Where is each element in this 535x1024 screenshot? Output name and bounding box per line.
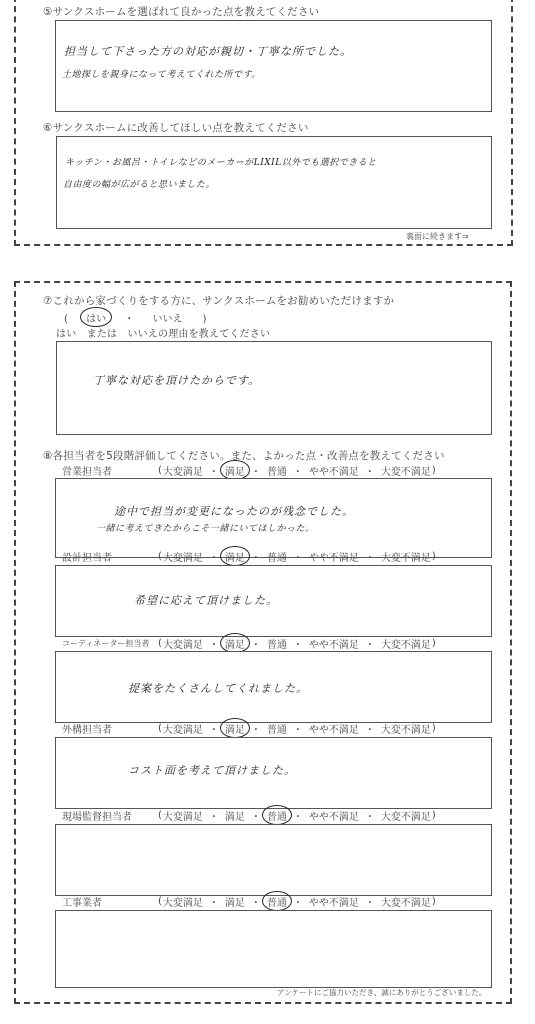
rating-option[interactable]: 普通 — [266, 463, 288, 478]
staff-comment-line: 途中で担当が変更になったのが残念でした。 — [114, 503, 354, 519]
staff-comment-line: 提案をたくさんしてくれました。 — [128, 680, 308, 696]
rating-option[interactable]: 普通 — [266, 549, 288, 564]
staff-rating-row: コーディネーター担当者(大変満足・満足・普通・やや不満足・大変不満足) — [62, 636, 436, 651]
staff-rating-row: 工事業者(大変満足・満足・普通・やや不満足・大変不満足) — [62, 894, 436, 909]
close-paren: ) — [432, 896, 436, 907]
separator: ・ — [293, 549, 303, 564]
separator: ・ — [251, 636, 261, 651]
rating-options: (大変満足・満足・普通・やや不満足・大変不満足) — [158, 549, 436, 564]
rating-option[interactable]: 大変不満足 — [380, 463, 432, 478]
rating-option[interactable]: やや不満足 — [308, 463, 360, 478]
separator: ・ — [365, 894, 375, 909]
q7-answer-box[interactable]: 丁寧な対応を頂けたからです。 — [56, 341, 492, 435]
staff-rating-row: 設計担当者(大変満足・満足・普通・やや不満足・大変不満足) — [62, 549, 436, 564]
separator: ・ — [293, 894, 303, 909]
close-paren: ) — [432, 810, 436, 821]
separator: ・ — [365, 636, 375, 651]
close-paren: ) — [432, 638, 436, 649]
separator: ・ — [365, 549, 375, 564]
staff-comment-box[interactable]: コスト面を考えて頂けました。 — [55, 737, 492, 809]
rating-option[interactable]: やや不満足 — [308, 549, 360, 564]
rating-option[interactable]: 普通 — [266, 636, 288, 651]
rating-option[interactable]: 満足 — [224, 721, 246, 736]
separator: ・ — [293, 636, 303, 651]
q5-answer-line-2: 土地探しを親身になって考えてくれた所です。 — [62, 67, 261, 80]
staff-role-label: 設計担当者 — [62, 549, 158, 564]
q7-label: ⑦これから家づくりをする方に、サンクスホームをお勧めいただけますか — [43, 293, 394, 308]
separator: ・ — [365, 808, 375, 823]
separator: ・ — [209, 721, 219, 736]
rating-option[interactable]: 満足 — [224, 894, 246, 909]
q8-label: ⑧各担当者を5段階評価してください。また、よかった点・改善点を教えてください — [43, 448, 445, 463]
separator: ・ — [209, 808, 219, 823]
rating-option[interactable]: 大変不満足 — [380, 808, 432, 823]
separator: ・ — [209, 549, 219, 564]
staff-rating-row: 営業担当者(大変満足・満足・普通・やや不満足・大変不満足) — [62, 463, 436, 478]
rating-options: (大変満足・満足・普通・やや不満足・大変不満足) — [158, 808, 436, 823]
close-paren: ) — [432, 723, 436, 734]
separator: ・ — [293, 463, 303, 478]
q5-label: ⑤サンクスホームを選ばれて良かった点を教えてください — [43, 4, 319, 19]
q5-answer-box[interactable]: 担当して下さった方の対応が親切・丁寧な所でした。 土地探しを親身になって考えてく… — [55, 20, 492, 112]
q7-yes-no: ( はい ・ いいえ ) — [64, 310, 207, 325]
separator: ・ — [293, 808, 303, 823]
staff-comment-box[interactable]: 途中で担当が変更になったのが残念でした。一緒に考えてきたからこそ一緒にいてほしか… — [55, 478, 492, 558]
q6-answer-line-2: 自由度の幅が広がると思いました。 — [63, 177, 215, 190]
rating-option[interactable]: 大変不満足 — [380, 721, 432, 736]
q7-close-paren: ) — [203, 314, 207, 325]
q5-answer-line-1: 担当して下さった方の対応が親切・丁寧な所でした。 — [64, 43, 352, 59]
q6-answer-line-1: キッチン・お風呂・トイレなどのメーカーがLIXIL以外でも選択できると — [65, 155, 377, 168]
staff-role-label: 営業担当者 — [62, 463, 158, 478]
staff-comment-line: 希望に応えて頂けました。 — [134, 592, 278, 608]
rating-option[interactable]: 大変満足 — [162, 636, 204, 651]
staff-rating-row: 外構担当者(大変満足・満足・普通・やや不満足・大変不満足) — [62, 721, 436, 736]
rating-option[interactable]: 満足 — [224, 549, 246, 564]
q7-separator: ・ — [124, 310, 134, 325]
rating-option[interactable]: やや不満足 — [308, 721, 360, 736]
staff-comment-box[interactable]: 希望に応えて頂けました。 — [55, 565, 492, 637]
close-paren: ) — [432, 465, 436, 476]
rating-option[interactable]: 大変満足 — [162, 463, 204, 478]
staff-comment-line: コスト面を考えて頂けました。 — [128, 762, 296, 778]
rating-option[interactable]: やや不満足 — [308, 636, 360, 651]
rating-option[interactable]: 普通 — [266, 894, 288, 909]
continue-note: 裏面に続きます⇒ — [406, 231, 469, 242]
rating-options: (大変満足・満足・普通・やや不満足・大変不満足) — [158, 721, 436, 736]
staff-comment-line: 一緒に考えてきたからこそ一緒にいてほしかった。 — [96, 521, 315, 534]
separator: ・ — [251, 808, 261, 823]
separator: ・ — [251, 894, 261, 909]
rating-option[interactable]: 満足 — [224, 463, 246, 478]
rating-options: (大変満足・満足・普通・やや不満足・大変不満足) — [158, 463, 436, 478]
rating-option[interactable]: 普通 — [266, 721, 288, 736]
staff-rating-row: 現場監督担当者(大変満足・満足・普通・やや不満足・大変不満足) — [62, 808, 436, 823]
q6-answer-box[interactable]: キッチン・お風呂・トイレなどのメーカーがLIXIL以外でも選択できると 自由度の… — [56, 136, 492, 229]
rating-option[interactable]: 普通 — [266, 808, 288, 823]
close-paren: ) — [432, 551, 436, 562]
q7-reason-label: はい または いいえの理由を教えてください — [56, 325, 270, 340]
separator: ・ — [251, 721, 261, 736]
rating-option[interactable]: 大変満足 — [162, 549, 204, 564]
separator: ・ — [365, 463, 375, 478]
q7-option-yes[interactable]: はい — [85, 310, 107, 325]
separator: ・ — [251, 549, 261, 564]
rating-option[interactable]: 大変満足 — [162, 808, 204, 823]
staff-role-label: 現場監督担当者 — [62, 808, 158, 823]
separator: ・ — [209, 894, 219, 909]
q7-option-no[interactable]: いいえ — [151, 310, 183, 325]
staff-role-label: 工事業者 — [62, 894, 158, 909]
rating-option[interactable]: 大変満足 — [162, 721, 204, 736]
rating-option[interactable]: 満足 — [224, 808, 246, 823]
q7-open-paren: ( — [64, 314, 68, 325]
q7-answer-line-1: 丁寧な対応を頂けたからです。 — [93, 372, 260, 388]
separator: ・ — [209, 636, 219, 651]
rating-option[interactable]: 大変満足 — [162, 894, 204, 909]
staff-comment-box[interactable] — [55, 824, 492, 896]
q6-label: ⑥サンクスホームに改善してほしい点を教えてください — [43, 120, 309, 135]
separator: ・ — [251, 463, 261, 478]
staff-role-label: コーディネーター担当者 — [62, 638, 158, 649]
rating-option[interactable]: 大変不満足 — [380, 636, 432, 651]
rating-option[interactable]: 大変不満足 — [380, 549, 432, 564]
staff-role-label: 外構担当者 — [62, 721, 158, 736]
rating-option[interactable]: やや不満足 — [308, 808, 360, 823]
staff-comment-box[interactable] — [55, 910, 492, 988]
separator: ・ — [365, 721, 375, 736]
rating-option[interactable]: やや不満足 — [308, 894, 360, 909]
thanks-note: アンケートにご協力いただき、誠にありがとうございました。 — [277, 987, 486, 998]
rating-options: (大変満足・満足・普通・やや不満足・大変不満足) — [158, 894, 436, 909]
rating-option[interactable]: 満足 — [224, 636, 246, 651]
rating-options: (大変満足・満足・普通・やや不満足・大変不満足) — [158, 636, 436, 651]
rating-option[interactable]: 大変不満足 — [380, 894, 432, 909]
separator: ・ — [209, 463, 219, 478]
staff-comment-box[interactable]: 提案をたくさんしてくれました。 — [55, 651, 492, 723]
separator: ・ — [293, 721, 303, 736]
